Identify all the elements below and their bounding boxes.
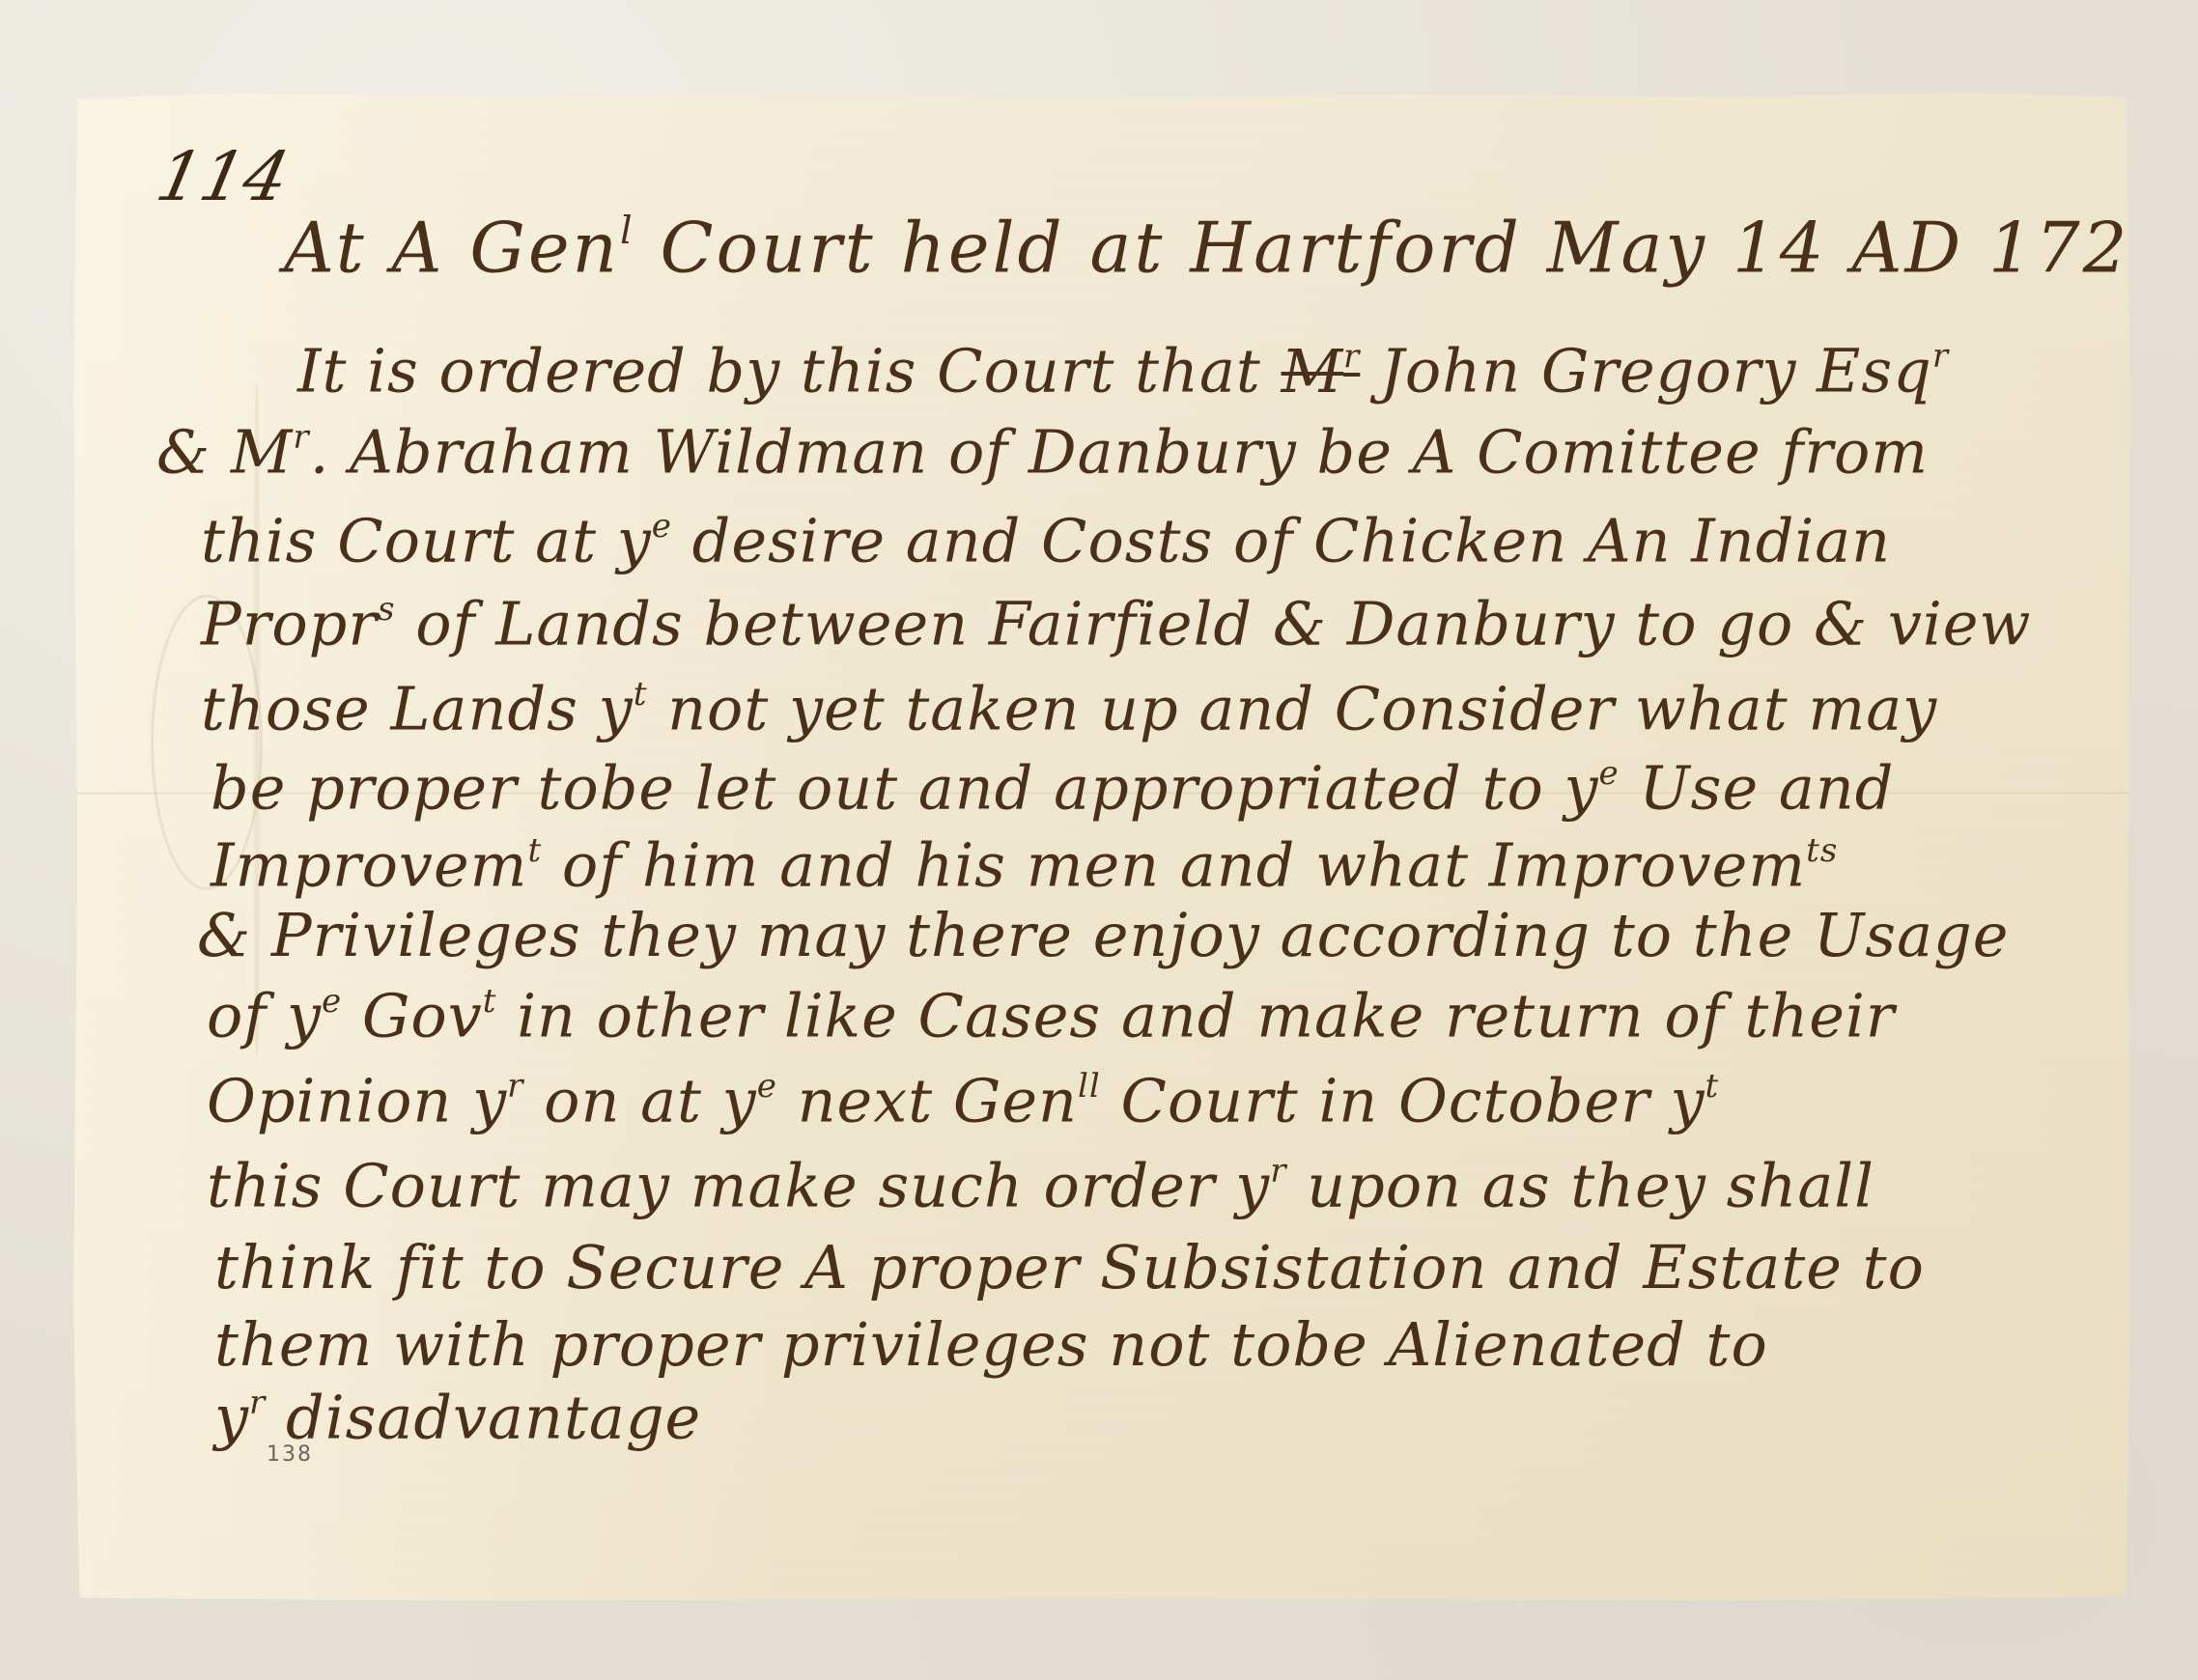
struck-through-title: Mr (1282, 336, 1361, 406)
line-text-after: Use and (1639, 753, 1894, 824)
line-text: those Lands y (201, 674, 634, 744)
line-text-after: . Abraham Wildman of Danbury be A Comitt… (310, 417, 1929, 488)
line-text: It is ordered by this Court that (297, 336, 1261, 406)
line-text: this Court at y (201, 506, 652, 576)
line-superscript: r (1270, 1152, 1286, 1190)
line-text: them with proper privileges not tobe Ali… (214, 1309, 1768, 1380)
manuscript-line-4: Proprs of Lands between Fairfield & Danb… (201, 593, 2032, 655)
line-superscript: e (652, 507, 672, 546)
line-text: think fit to Secure A proper Subsistatio… (214, 1232, 1925, 1302)
line-text-after: of Lands between Fairfield & Danbury to … (415, 589, 2031, 659)
heading-superscript: l (620, 209, 635, 253)
line-text: Propr (201, 589, 378, 659)
line-superscript: r (1932, 337, 1949, 376)
line-text-after: John Gregory Esq (1380, 336, 1932, 406)
line-superscript: t (634, 675, 648, 714)
document-heading: At A Genl Court held at Hartford May 14 … (284, 212, 2177, 283)
manuscript-line-3: this Court at ye desire and Costs of Chi… (201, 510, 1891, 572)
manuscript-line-14: yr disadvantage (214, 1386, 701, 1448)
line-superscript: e (322, 982, 342, 1021)
line-superscript: t (527, 831, 542, 870)
line-text: this Court may make such order y (207, 1151, 1270, 1221)
heading-prefix: At A Gen (284, 208, 620, 289)
manuscript-line-1: It is ordered by this Court that Mr John… (297, 340, 1949, 402)
manuscript-line-12: think fit to Secure A proper Subsistatio… (214, 1238, 1925, 1298)
line-text-tail-2: Court in October y (1121, 1066, 1705, 1136)
manuscript-line-6: be proper tobe let out and appropriated … (211, 757, 1894, 819)
line-superscript: s (378, 590, 396, 629)
line-superscript: r (293, 418, 309, 457)
line-text-after: upon as they shall (1307, 1151, 1874, 1221)
line-superscript-4: t (1705, 1067, 1720, 1106)
heading-text: Court held at Hartford May 14 AD 1724 (661, 208, 2178, 289)
line-text-after: of him and his men and what Improvem (562, 830, 1806, 901)
line-superscript: r (507, 1067, 523, 1106)
line-superscript: e (1599, 754, 1620, 793)
line-text: & M (156, 417, 293, 488)
archival-mount-background: 114 At A Genl Court held at Hartford May… (0, 0, 2198, 1680)
line-text: & Privileges they may there enjoy accord… (197, 900, 2009, 970)
line-text: be proper tobe let out and appropriated … (211, 753, 1599, 824)
line-text-after: desire and Costs of Chicken An Indian (692, 506, 1891, 576)
archival-stamp-number: 138 (267, 1442, 313, 1467)
line-text-tail: next Gen (798, 1066, 1078, 1136)
line-superscript-2: e (757, 1067, 777, 1106)
manuscript-line-2: & Mr. Abraham Wildman of Danbury be A Co… (156, 421, 1929, 483)
manuscript-line-13: them with proper privileges not tobe Ali… (214, 1315, 1768, 1375)
manuscript-line-10: Opinion yr on at ye next Genll Court in … (207, 1070, 1719, 1132)
manuscript-line-11: this Court may make such order yr upon a… (207, 1155, 1874, 1217)
line-text: Opinion y (207, 1066, 507, 1136)
manuscript-line-9: of ye Govt in other like Cases and make … (207, 985, 1895, 1047)
manuscript-page: 114 At A Genl Court held at Hartford May… (73, 93, 2130, 1601)
line-text-after: disadvantage (286, 1383, 701, 1453)
line-text-tail: in other like Cases and make return of t… (517, 981, 1895, 1051)
line-text-after: Gov (362, 981, 483, 1051)
line-superscript: r (249, 1384, 266, 1422)
manuscript-line-5: those Lands yt not yet taken up and Cons… (201, 678, 1937, 740)
line-superscript-2: t (483, 982, 497, 1021)
line-text-after: not yet taken up and Consider what may (667, 674, 1937, 744)
manuscript-line-8: & Privileges they may there enjoy accord… (197, 906, 2009, 966)
folio-number: 114 (150, 137, 296, 216)
struck-text: M (1282, 336, 1343, 406)
struck-superscript: r (1343, 337, 1360, 376)
line-text: y (214, 1383, 249, 1453)
manuscript-line-7: Improvemt of him and his men and what Im… (211, 834, 1838, 896)
line-superscript-2: ts (1806, 831, 1838, 870)
line-text: of y (207, 981, 322, 1051)
line-text: Improvem (211, 830, 527, 901)
line-superscript-3: ll (1078, 1067, 1101, 1106)
line-text-after: on at y (544, 1066, 757, 1136)
